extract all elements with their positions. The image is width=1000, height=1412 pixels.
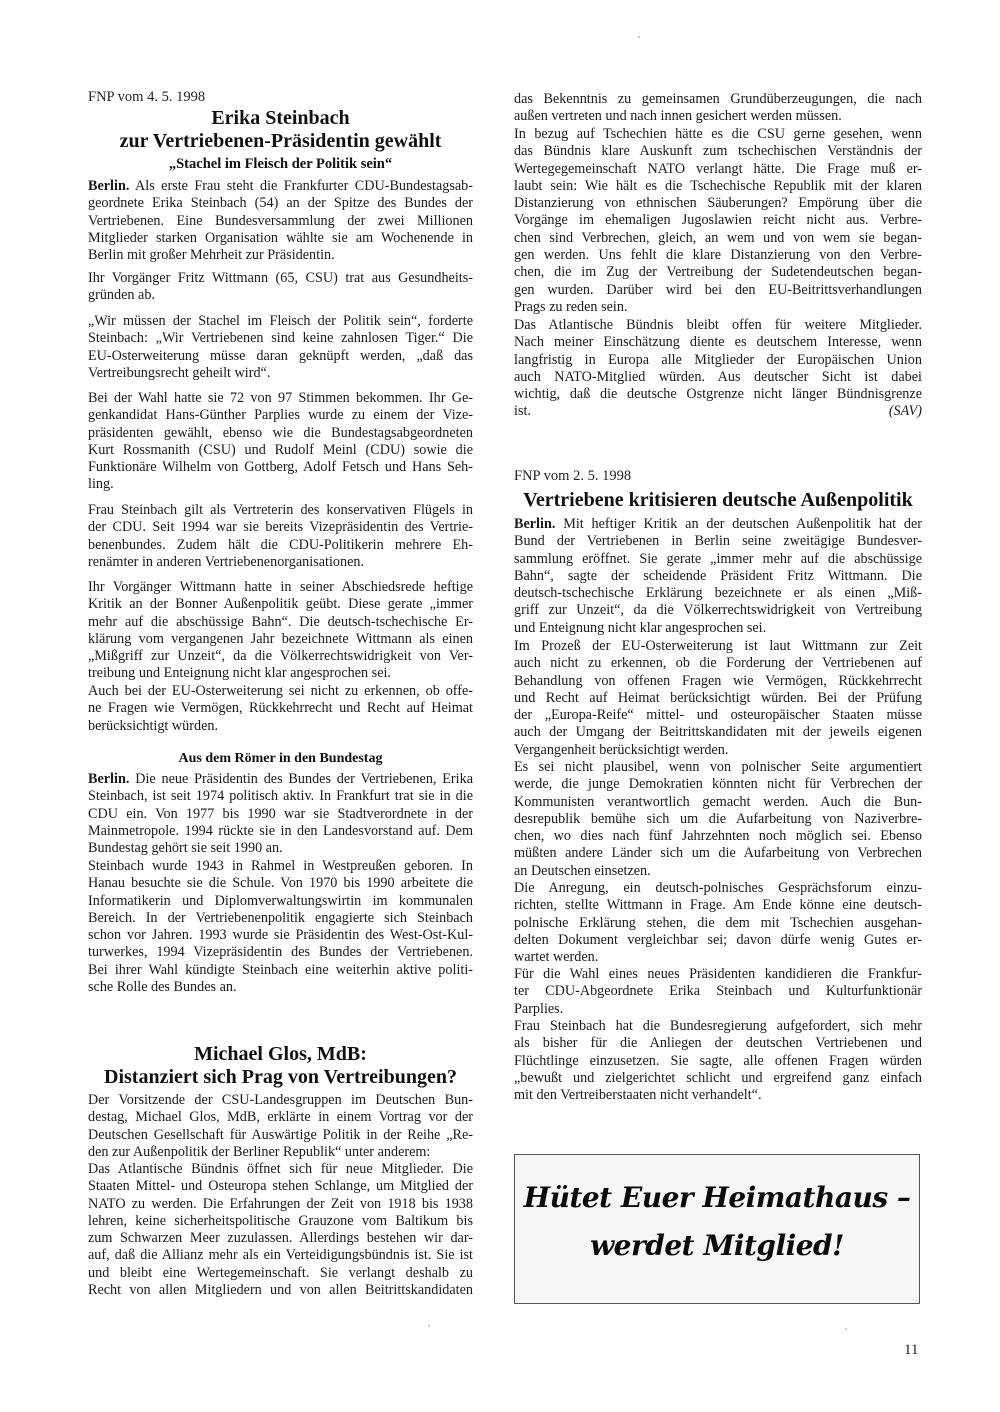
article1-paragraph-2: Ihr Vorgänger Fritz Wittmann (65, CSU) t… [88,270,473,305]
article1-paragraph-6: Ihr Vorgänger Wittmann hatte in seiner A… [88,579,473,683]
scan-speck [638,36,640,38]
article3-paragraph-1: Berlin. Mit heftiger Kritik an der deuts… [514,516,922,637]
article1-paragraph-7: Auch bei der EU-Osterweiterung sei nicht… [88,683,473,735]
page-number: 11 [904,1342,918,1359]
article3-paragraph-5: Für die Wahl eines neues Präsidenten kan… [514,966,922,1018]
article1-paragraph-1: Berlin. Als erste Frau steht die Frankfu… [88,178,473,264]
article1-title-line1: Erika Steinbach [88,107,473,129]
lead-berlin: Berlin. [88,178,129,194]
article2-title-line1: Michael Glos, MdB: [88,1043,473,1065]
scan-speck [845,1328,847,1330]
article1-title-line2: zur Vertriebenen-Präsidentin gewählt [88,130,473,152]
article1-paragraph-9: Steinbach wurde 1943 in Rahmel in Westpr… [88,858,473,996]
article1-paragraph-8: Berlin. Die neue Präsidentin des Bundes … [88,771,473,857]
article1-paragraph-4: Bei der Wahl hatte sie 72 von 97 Stimmen… [88,390,473,494]
article2-paragraph-5: Das Atlantische Bündnis bleibt offen für… [514,317,922,421]
article1-paragraph-5: Frau Steinbach gilt als Vertreterin des … [88,502,473,571]
article3-dateline: FNP vom 2. 5. 1998 [514,467,631,485]
scan-speck [428,1325,430,1327]
article3-paragraph-3: Es sei nicht plausibel, wenn von polnisc… [514,759,922,880]
article2-paragraph-1: Der Vorsitzende der CSU-Landesgruppen im… [88,1092,473,1161]
article3-paragraph-6: Frau Steinbach hat die Bundesregierung a… [514,1018,922,1104]
lead-berlin: Berlin. [88,771,129,787]
promo-line-2: werdet Mitglied! [515,1229,919,1262]
article3-paragraph-2: Im Prozeß der EU-Osterweiterung ist laut… [514,638,922,759]
lead-berlin: Berlin. [514,516,555,532]
article1-section-title: Aus dem Römer in den Bundestag [88,750,473,768]
article2-paragraph-3: das Bekenntnis zu gemeinsamen Grundüberz… [514,91,922,126]
article1-paragraph-3: „Wir müssen der Stachel im Fleisch der P… [88,313,473,382]
membership-promo-box: Hütet Euer Heimathaus – werdet Mitglied! [514,1154,920,1304]
article3-paragraph-4: Die Anregung, ein deutsch-polnisches Ges… [514,880,922,966]
article1-dateline: FNP vom 4. 5. 1998 [88,88,205,106]
article2-paragraph-4: In bezug auf Tschechien hätte es die CSU… [514,126,922,316]
author-signature: (SAV) [889,403,922,420]
article1-subtitle: „Stachel im Fleisch der Politik sein“ [88,155,473,173]
article2-paragraph-2: Das Atlantische Bündnis öffnet sich für … [88,1161,473,1299]
article2-title-line2: Distanziert sich Prag von Vertreibungen? [88,1066,473,1088]
promo-line-1: Hütet Euer Heimathaus – [515,1181,919,1214]
article3-title: Vertriebene kritisieren deutsche Außenpo… [514,489,922,511]
